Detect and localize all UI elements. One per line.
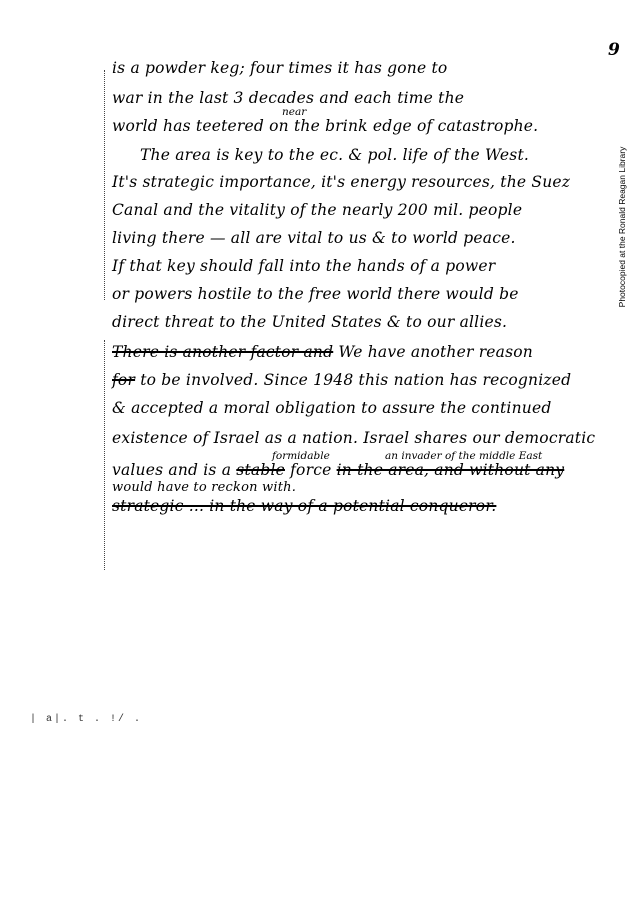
text-line: is a powder keg; four times it has gone … <box>112 58 447 78</box>
text-line: living there — all are vital to us & to … <box>112 228 516 248</box>
text-line: direct threat to the United States & to … <box>112 312 507 332</box>
text-line: If that key should fall into the hands o… <box>112 256 495 276</box>
text-line: war in the last 3 decades and each time … <box>112 88 464 108</box>
text-line: would have to reckon with. <box>112 478 296 498</box>
text-line: There is another factor and We have anot… <box>112 342 533 362</box>
line-text: to be involved. Since 1948 this nation h… <box>140 371 571 389</box>
struck-line: strategic ... in the way of a potential … <box>112 496 496 516</box>
margin-dotted-line <box>104 70 107 300</box>
text-line: existence of Israel as a nation. Israel … <box>112 428 595 448</box>
text-line: world has teetered on the brink edge of … <box>112 116 538 136</box>
text-line: for to be involved. Since 1948 this nati… <box>112 370 571 390</box>
text-line: values and is a stable force in the area… <box>112 460 564 480</box>
text-line: or powers hostile to the free world ther… <box>112 284 519 304</box>
struck-text: in the area, and without any <box>337 461 565 479</box>
text-line: The area is key to the ec. & pol. life o… <box>112 145 529 165</box>
page-number: 9 <box>608 40 620 60</box>
line-text: force <box>290 461 331 479</box>
document-page: 9 Photocopied at the Ronald Reagan Libra… <box>0 0 635 900</box>
line-text: values and is a <box>112 461 231 479</box>
text-line: Canal and the vitality of the nearly 200… <box>112 200 522 220</box>
photocopy-stamp: Photocopied at the Ronald Reagan Library <box>612 140 626 320</box>
margin-note: | a|. t . !/ . <box>30 714 142 725</box>
margin-dotted-line <box>104 340 107 570</box>
text-line: It's strategic importance, it's energy r… <box>112 172 570 192</box>
stamp-text: Photocopied at the Ronald Reagan Library <box>617 137 627 317</box>
struck-text: for <box>112 371 135 389</box>
struck-text: stable <box>236 461 285 479</box>
line-text: We have another reason <box>338 343 533 361</box>
struck-text: There is another factor and <box>112 343 333 361</box>
text-line: & accepted a moral obligation to assure … <box>112 398 551 418</box>
